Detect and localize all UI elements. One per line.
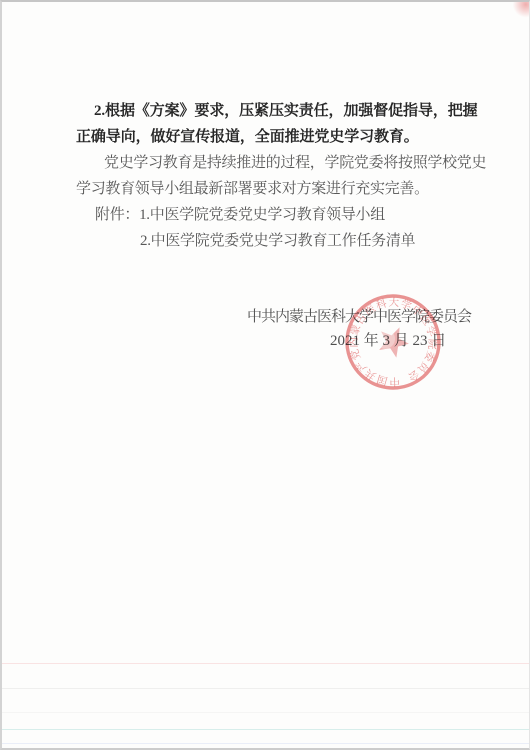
scan-artifact-line xyxy=(2,743,529,744)
scan-artifact-line xyxy=(2,712,529,713)
paragraph1-line2: 正确导向，做好宣传报道，全面推进党史学习教育。 xyxy=(76,128,419,146)
attachment-line-2: 2.中医学院党委党史学习教育工作任务清单 xyxy=(140,232,415,250)
official-seal: 中国共产党内蒙古医科大学中医学院委员会 xyxy=(338,287,448,397)
scan-artifact-line xyxy=(2,688,529,689)
scan-smudge-top-right xyxy=(513,2,529,18)
scan-artifact-line xyxy=(2,729,529,730)
paragraph2-line1: 党史学习教育是持续推进的过程，学院党委将按照学校党史 xyxy=(104,154,486,172)
attachment-line-1: 附件：1.中医学院党委党史学习教育领导小组 xyxy=(95,206,385,224)
paragraph2-line2: 学习教育领导小组最新部署要求对方案进行充实完善。 xyxy=(76,180,429,198)
scan-artifact-line xyxy=(2,663,529,664)
paragraph1-line1: 2.根据《方案》要求，压紧压实责任，加强督促指导，把握 xyxy=(94,102,478,120)
document-page: 2.根据《方案》要求，压紧压实责任，加强督促指导，把握 正确导向，做好宣传报道，… xyxy=(0,0,530,750)
